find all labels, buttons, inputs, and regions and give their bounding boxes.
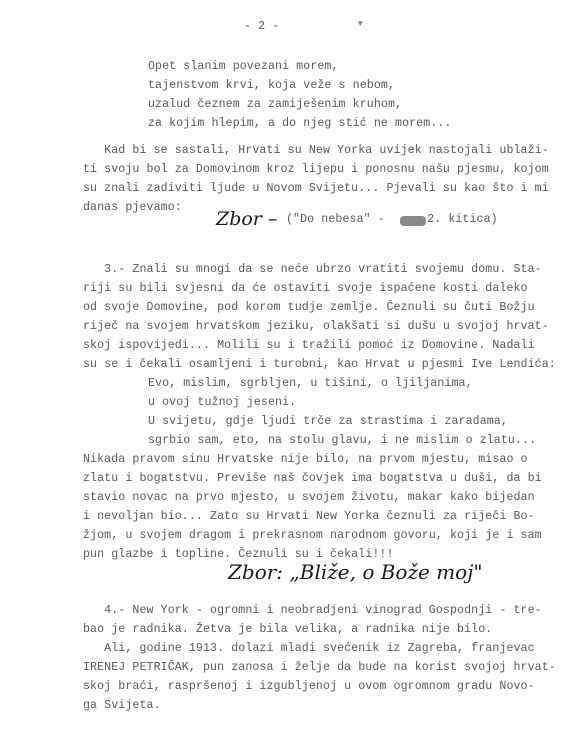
text-line: žjom, u svojem dragom i prekrasnom narod… — [83, 529, 542, 542]
poem-line: za kojim hlepim, a do njeg stić ne morem… — [148, 117, 451, 130]
ink-smudge — [400, 216, 426, 226]
text-line: su znali zadiviti ljude u Novom Svijetu.… — [83, 182, 549, 195]
text-line: Ali, godine 1913. dolazi mladi svećenik … — [83, 642, 535, 655]
poem-line: Evo, mislim, sgrbljen, u tišini, o ljilj… — [148, 377, 473, 390]
poem-line: tajenstvom krvi, koja veže s nebom, — [148, 79, 395, 92]
text-line: zlatu i bogatstvu. Previše naš čovjek im… — [83, 472, 542, 485]
poem-line: uzalud čeznem za zamiješenim kruhom, — [148, 98, 402, 111]
handwritten-chorus-annotation-2: Zbor: „Bliže, o Bože moj" — [228, 560, 483, 584]
text-line: bao je radnika. Žetva je bila velika, a … — [83, 623, 492, 636]
text-line: stavio novac na prvo mjesto, u svojem ži… — [83, 491, 535, 504]
page-number: - 2 - — [244, 20, 279, 33]
text-line: su se i čekali osamljeni i turobni, kao … — [83, 358, 556, 371]
text-line: IRENEJ PETRIČAK, pun zanosa i želje da b… — [83, 661, 556, 674]
handwritten-chorus-label: Zbor – — [216, 208, 277, 230]
text-line: skoj braći, raspršenoj i izgubljenoj u o… — [83, 680, 535, 693]
ink-mark: ▾ — [358, 18, 363, 29]
text-line: od svoje Domovine, pod korom tudje zemlj… — [83, 301, 535, 314]
text-line: riječ na svojem hrvatskom jeziku, olakša… — [83, 320, 549, 333]
text-line: 4.- New York - ogromni i neobradjeni vin… — [83, 604, 542, 617]
poem-line: Opet slanim povezani morem, — [148, 60, 339, 73]
text-line: Kad bi se sastali, Hrvati su New Yorka u… — [83, 144, 549, 157]
text-line: Nikada pravom sinu Hrvatske nije bilo, n… — [83, 453, 528, 466]
text-line: danas pjevamo: — [83, 201, 182, 214]
text-line: 3.- Znali su mnogi da se neće ubrzo vrat… — [83, 263, 542, 276]
text-line: ti svoju bol za Domovinom kroz lijepu i … — [83, 163, 549, 176]
text-line: ga Svijeta. — [83, 699, 161, 712]
text-line: riji su bili svjesni da će ostaviti svoj… — [83, 282, 528, 295]
typed-chorus-reference: ("Do nebesa" - 2. kitica) — [286, 213, 498, 226]
poem-line: U svijetu, gdje ljudi trče za strastima … — [148, 415, 508, 428]
text-line: i nevoljan bio... Zato su Hrvati New Yor… — [83, 510, 535, 523]
document-page: - 2 - ▾ Opet slanim povezani morem, taje… — [0, 0, 584, 755]
text-line: skoj ispovijedi... Molili su i tražili p… — [83, 339, 535, 352]
poem-line: u ovoj tužnoj jeseni. — [148, 396, 296, 409]
poem-line: sgrbio sam, eto, na stolu glavu, i ne mi… — [148, 434, 536, 447]
